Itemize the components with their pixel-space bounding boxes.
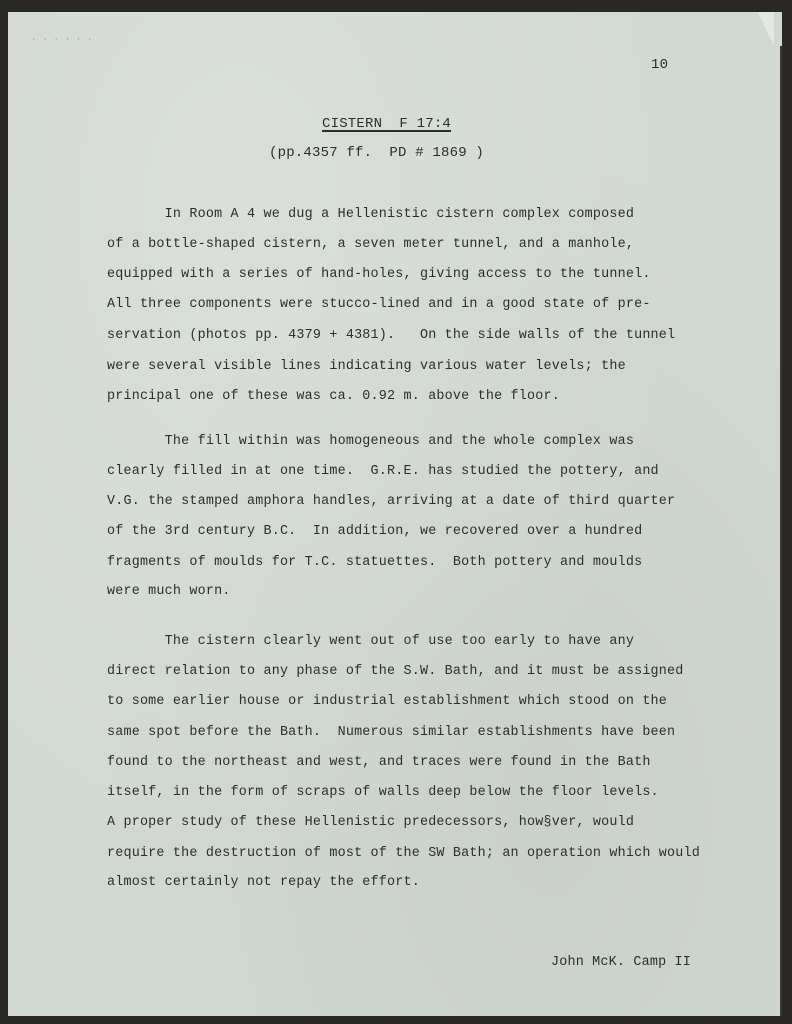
paragraph-3-line: to some earlier house or industrial esta… bbox=[107, 694, 667, 709]
typewritten-page bbox=[8, 12, 782, 1016]
paragraph-3-line: almost certainly not repay the effort. bbox=[107, 875, 420, 890]
paragraph-3-line: found to the northeast and west, and tra… bbox=[107, 755, 651, 770]
paragraph-1-line: of a bottle-shaped cistern, a seven mete… bbox=[107, 237, 634, 252]
folded-corner bbox=[758, 12, 774, 46]
paragraph-2-line: clearly filled in at one time. G.R.E. ha… bbox=[107, 464, 659, 479]
paragraph-3-line: direct relation to any phase of the S.W.… bbox=[107, 664, 684, 679]
paragraph-1-line: servation (photos pp. 4379 + 4381). On t… bbox=[107, 328, 675, 343]
paragraph-2-line: V.G. the stamped amphora handles, arrivi… bbox=[107, 494, 675, 509]
paragraph-2-line: The fill within was homogeneous and the … bbox=[107, 434, 634, 449]
paragraph-2-line: fragments of moulds for T.C. statuettes.… bbox=[107, 555, 642, 570]
paragraph-3-line: The cistern clearly went out of use too … bbox=[107, 634, 634, 649]
paragraph-3-line: itself, in the form of scraps of walls d… bbox=[107, 785, 659, 800]
paragraph-1-line: In Room A 4 we dug a Hellenistic cistern… bbox=[107, 207, 634, 222]
document-title: CISTERN F 17:4 bbox=[322, 116, 451, 132]
paragraph-1-line: All three components were stucco-lined a… bbox=[107, 297, 651, 312]
page-edge-shadow bbox=[780, 46, 782, 1016]
faint-marks: · · · · · · bbox=[32, 36, 94, 43]
paragraph-1-line: equipped with a series of hand-holes, gi… bbox=[107, 267, 651, 282]
document-subtitle: (pp.4357 ff. PD # 1869 ) bbox=[269, 145, 484, 161]
paragraph-3-line: same spot before the Bath. Numerous simi… bbox=[107, 725, 675, 740]
paragraph-1-line: principal one of these was ca. 0.92 m. a… bbox=[107, 389, 560, 404]
paragraph-2-line: were much worn. bbox=[107, 584, 231, 599]
paragraph-3-line: require the destruction of most of the S… bbox=[107, 846, 700, 861]
page-number: 10 bbox=[651, 57, 668, 73]
author-signature: John McK. Camp II bbox=[551, 955, 691, 970]
paragraph-1-line: were several visible lines indicating va… bbox=[107, 359, 626, 374]
paragraph-2-line: of the 3rd century B.C. In addition, we … bbox=[107, 524, 642, 539]
paragraph-3-line: A proper study of these Hellenistic pred… bbox=[107, 815, 634, 830]
